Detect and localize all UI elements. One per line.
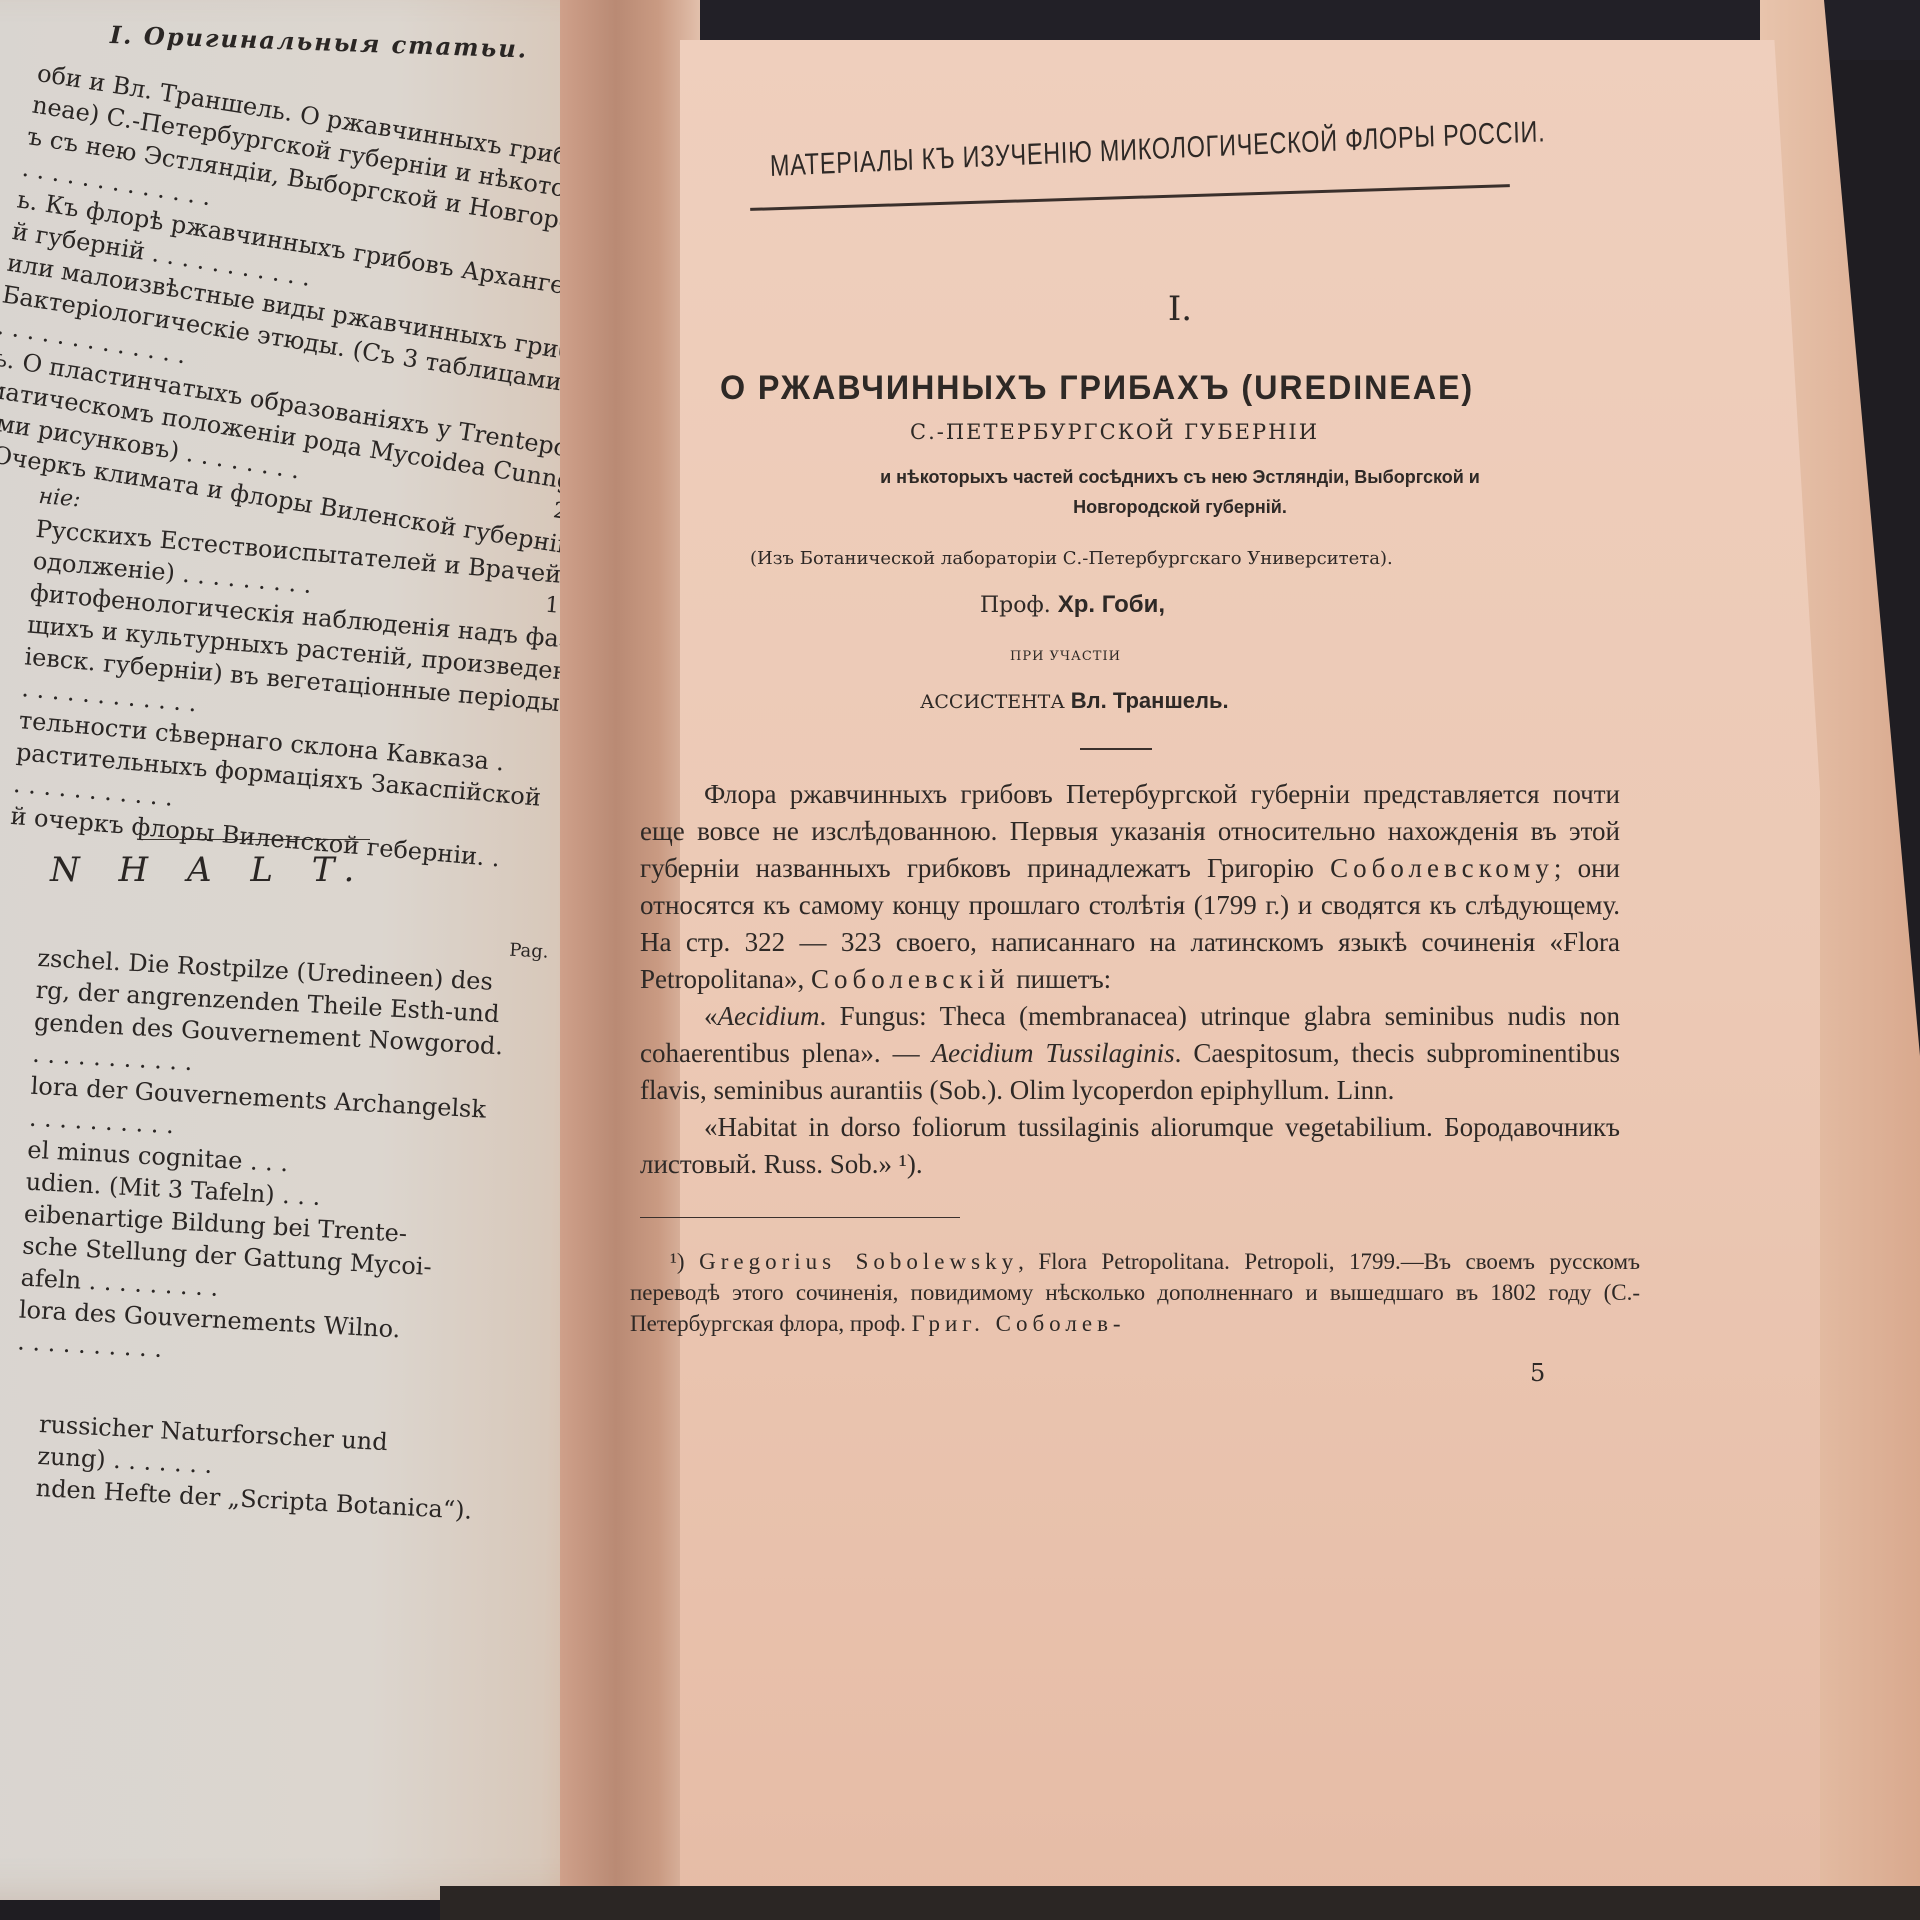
footnote-author: Gregorius Sobolewsky [699, 1249, 1018, 1274]
footnote-marker: ¹) [670, 1249, 685, 1274]
latin-quote-2: «Habitat in dorso foliorum tussilaginis … [640, 1109, 1620, 1183]
footnote-name: Григ. Соболев- [912, 1311, 1126, 1336]
paragraph-1: Флора ржавчинныхъ грибовъ Петербургской … [640, 776, 1620, 998]
quote-open: « [704, 1001, 718, 1031]
latin-quote-1: «Aecidium. Fungus: Theca (membranacea) u… [640, 998, 1620, 1109]
open-book-photo: I. Оригинальныя статьи. оби и Вл. Транше… [0, 0, 1920, 1920]
footnote: ¹) Gregorius Sobolewsky, Flora Petropoli… [630, 1246, 1640, 1339]
subtitle-detail-line-1: и нѣкоторыхъ частей сосѣднихъ съ нею Эст… [730, 462, 1630, 492]
author-line: Проф. Хр. Гоби, [980, 591, 1630, 619]
spaced-name: Соболевскому [1330, 853, 1554, 883]
right-page-content: МАТЕРІАЛЫ КЪ ИЗУЧЕНІЮ МИКОЛОГИЧЕСКОЙ ФЛО… [610, 150, 1630, 1387]
chapter-number: I. [730, 289, 1630, 329]
assistant-line: АССИСТЕНТА Вл. Траншель. [920, 688, 1630, 714]
assistant-name: Вл. Траншель. [1071, 688, 1229, 713]
subtitle-detail-line-2: Новгородской губерній. [730, 492, 1630, 522]
book-cover-edge [440, 1886, 1920, 1920]
paragraph-1-text-c: пишетъ: [1009, 964, 1111, 994]
article-subtitle-region: С.-ПЕТЕРБУРГСКОЙ ГУБЕРНІИ [910, 420, 1630, 444]
author-name: Хр. Гоби, [1058, 591, 1165, 618]
with-participation: ПРИ УЧАСТІИ [1010, 649, 1630, 664]
laboratory-affiliation: (Изъ Ботанической лабораторіи С.-Петербу… [750, 548, 1630, 569]
article-subtitle-detail: и нѣкоторыхъ частей сосѣднихъ съ нею Эст… [730, 462, 1630, 522]
genus-name: Aecidium [718, 1001, 820, 1031]
spaced-name-2: Соболевскій [811, 964, 1010, 994]
article-title: О РЖАВЧИННЫХЪ ГРИБАХЪ (UREDINEAE) [720, 369, 1585, 408]
footnote-rule [640, 1217, 960, 1218]
title-divider [1080, 748, 1152, 750]
author-prefix: Проф. [980, 593, 1051, 618]
page-number: 5 [1530, 1359, 1630, 1387]
article-body: Флора ржавчинныхъ грибовъ Петербургской … [640, 776, 1620, 1183]
series-title-rule [750, 184, 1510, 211]
assistant-prefix: АССИСТЕНТА [920, 691, 1065, 713]
species-name: Aecidium Tussilaginis [932, 1038, 1175, 1068]
